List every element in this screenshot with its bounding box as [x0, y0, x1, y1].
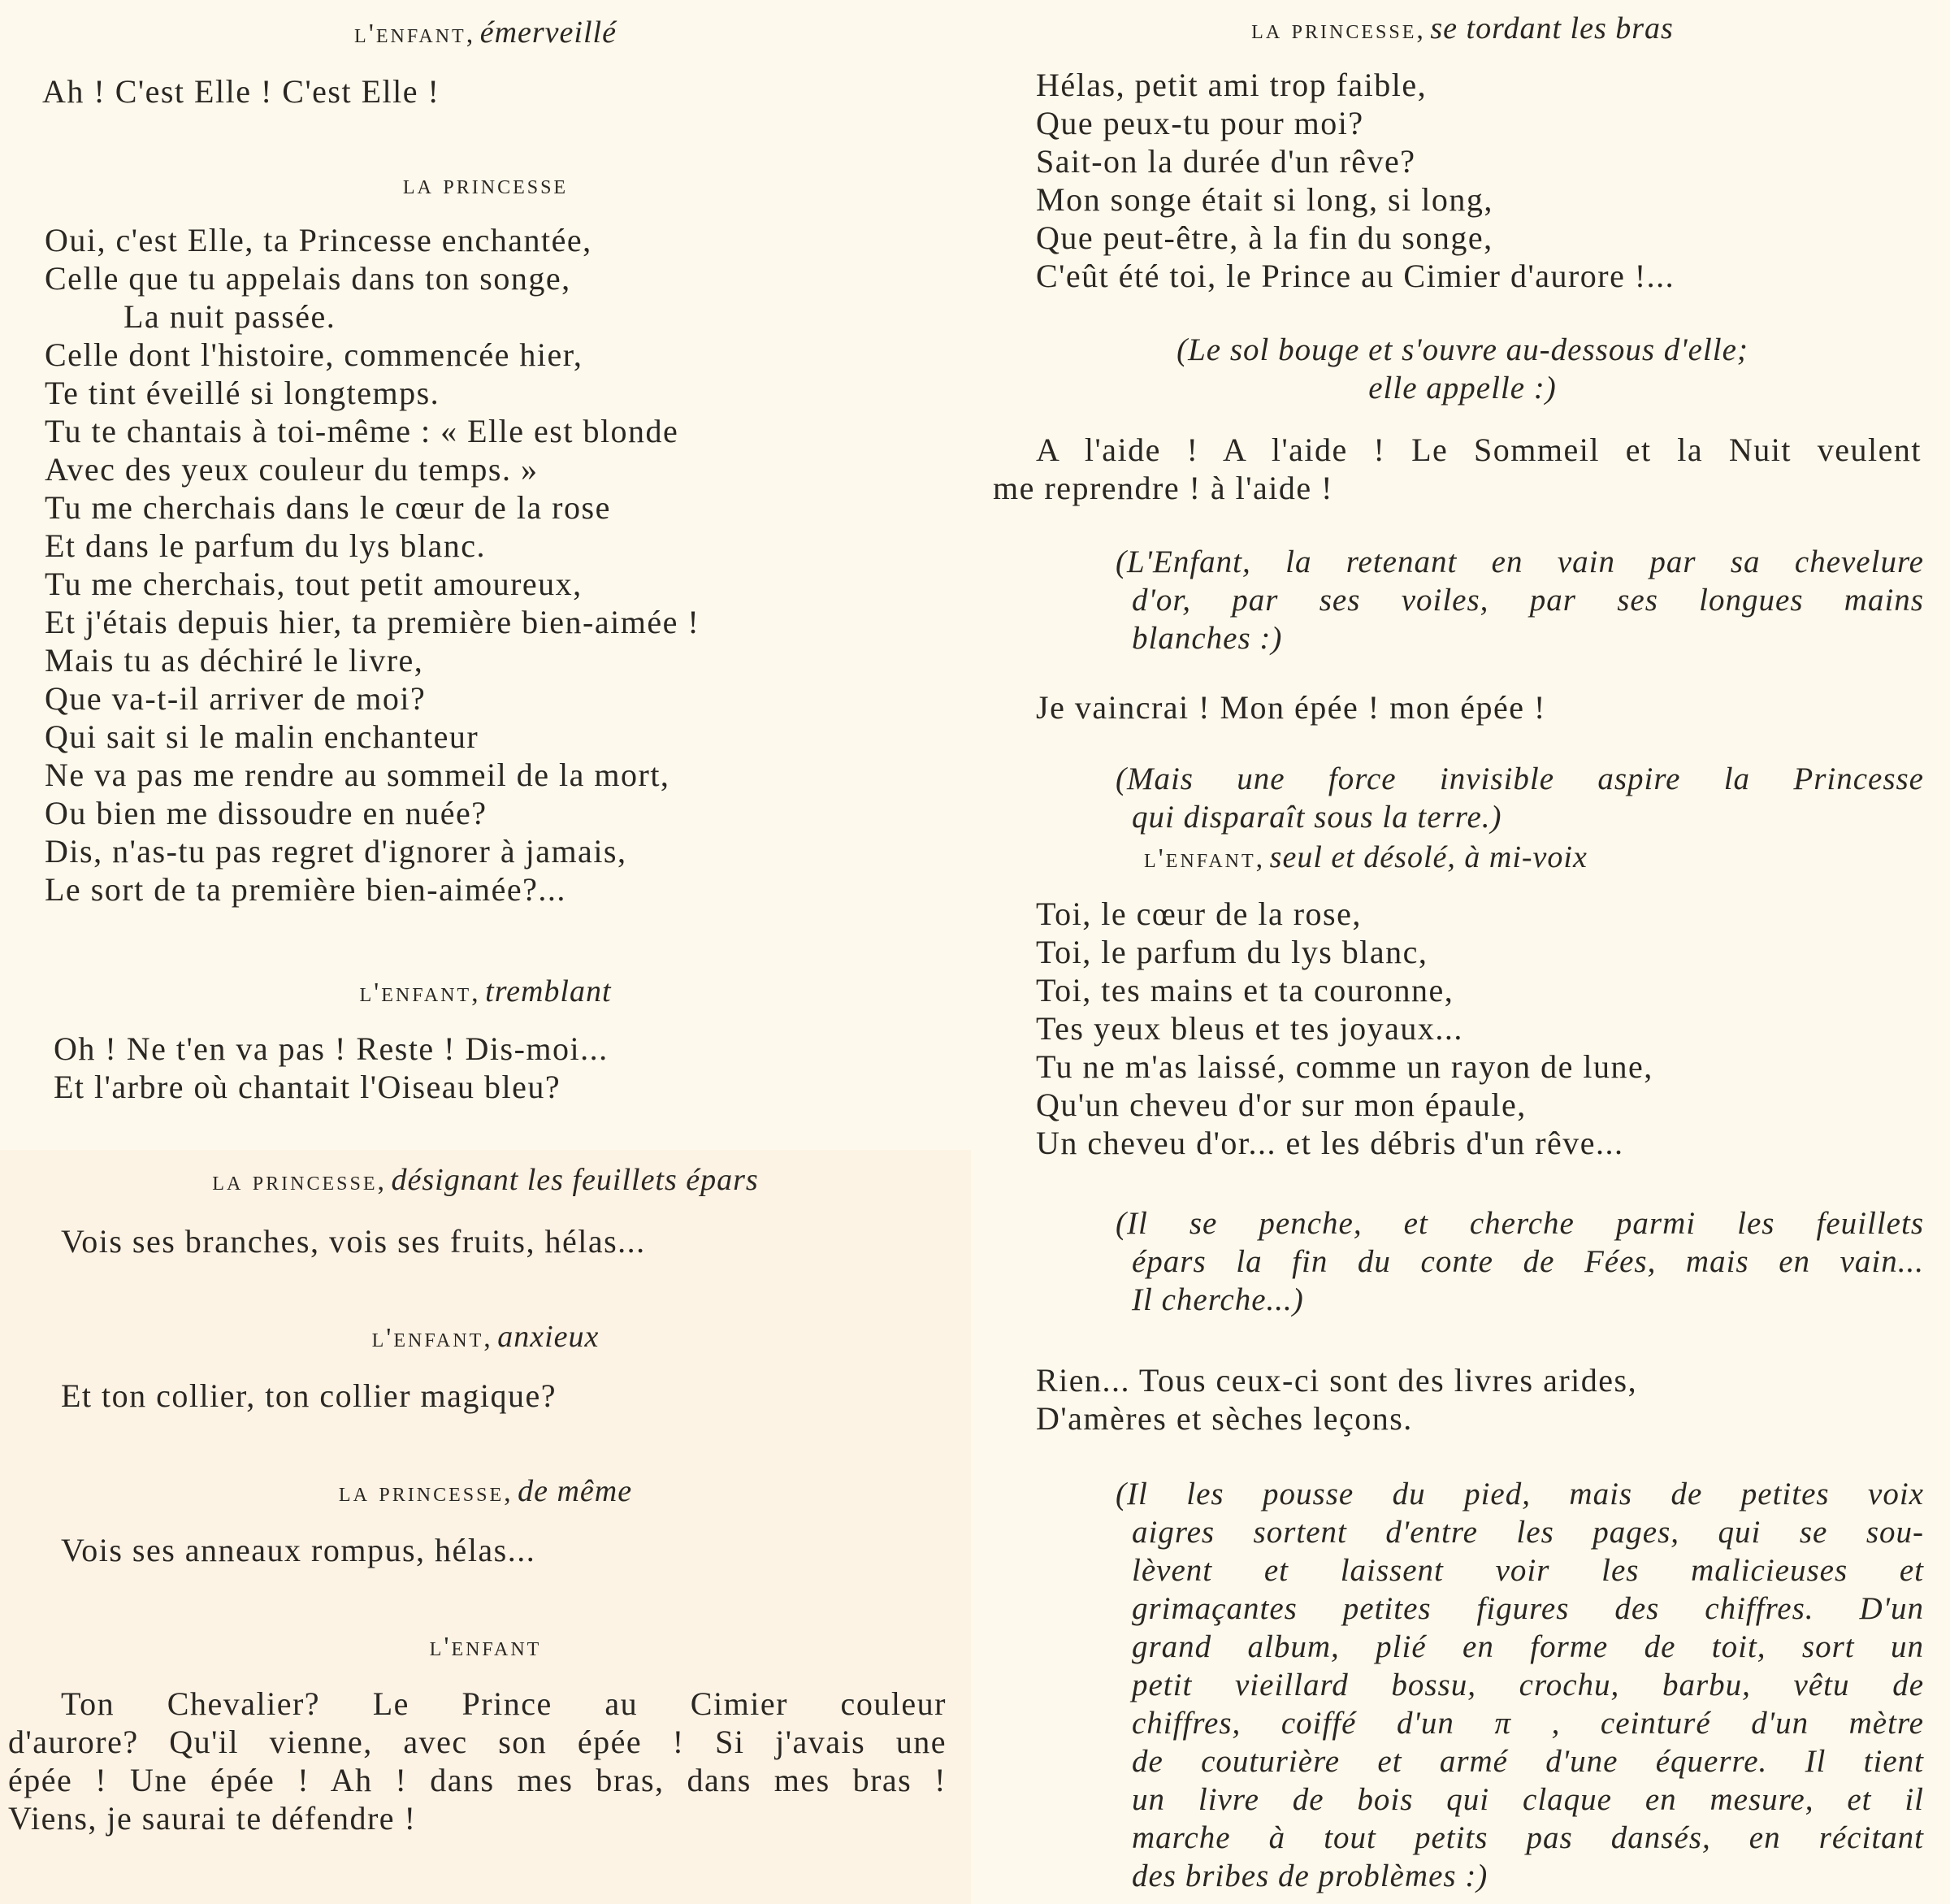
speaker-name: l'enfant — [354, 19, 466, 49]
dialogue-line: Je vaincrai ! Mon épée ! mon épée ! — [1036, 689, 1546, 726]
verse-line: Tes yeux bleus et tes joyaux... — [1036, 1010, 1463, 1047]
dialogue-line: Et ton collier, ton collier magique? — [61, 1377, 557, 1415]
stage-direction: seul et désolé, à mi-voix — [1270, 840, 1588, 874]
speaker-heading: la princesse, désignant les feuillets ép… — [0, 1164, 971, 1198]
speaker-heading: l'enfant, anxieux — [0, 1321, 971, 1355]
speaker-name: la princesse — [212, 1166, 377, 1196]
speaker-name: la princesse — [339, 1477, 504, 1507]
speaker-heading: l'enfant, seul et désolé, à mi-voix — [1144, 841, 1588, 875]
verse-line: Qu'un cheveu d'or sur mon épaule, — [1036, 1086, 1527, 1124]
speaker-heading: la princesse, se tordant les bras — [995, 12, 1930, 46]
stage-direction-line: petit vieillard bossu, crochu, barbu, vê… — [1116, 1666, 1924, 1704]
stage-direction-line: (Le sol bouge et s'ouvre au-dessous d'el… — [995, 331, 1930, 369]
comma: , — [1256, 844, 1270, 874]
verse-line: Celle dont l'histoire, commencée hier, — [45, 336, 583, 374]
stage-direction-line: (L'Enfant, la retenant en vain par sa ch… — [1116, 543, 1924, 581]
verse-line: Toi, le cœur de la rose, — [1036, 896, 1362, 933]
dialogue-line: Ah ! C'est Elle ! C'est Elle ! — [42, 73, 440, 111]
comma: , — [504, 1477, 518, 1507]
verse-line: Tu me cherchais, tout petit amoureux, — [45, 566, 583, 603]
verse-line: Ne va pas me rendre au sommeil de la mor… — [45, 757, 669, 794]
verse-line: Tu me cherchais dans le cœur de la rose — [45, 489, 611, 527]
stage-direction-line: des bribes de problèmes :) — [1116, 1857, 1924, 1895]
prose-line: Viens, je saurai te défendre ! — [8, 1799, 947, 1837]
speaker-name: l'enfant — [430, 1632, 542, 1662]
speaker-name: l'enfant — [372, 1323, 484, 1353]
stage-direction-line: Il cherche...) — [1116, 1281, 1924, 1319]
stage-direction: émerveillé — [480, 15, 617, 50]
comma: , — [466, 19, 480, 49]
verse-line: Que peux-tu pour moi? — [1036, 105, 1364, 142]
dialogue-line: Et l'arbre où chantait l'Oiseau bleu? — [54, 1069, 561, 1106]
stage-direction: tremblant — [485, 974, 611, 1008]
comma: , — [471, 978, 485, 1008]
stage-direction-line: qui disparaît sous la terre.) — [1116, 798, 1924, 836]
stage-direction-line: lèvent et laissent voir les malicieuses … — [1116, 1551, 1924, 1590]
verse-line: Qui sait si le malin enchanteur — [45, 718, 479, 756]
stage-direction: anxieux — [497, 1320, 599, 1354]
stage-direction-line: (Il les pousse du pied, mais de petites … — [1116, 1475, 1924, 1513]
verse-line: Mon songe était si long, si long, — [1036, 181, 1493, 219]
stage-direction: se tordant les bras — [1430, 11, 1673, 46]
stage-direction-line: aigres sortent d'entre les pages, qui se… — [1116, 1513, 1924, 1551]
verse-line: Un cheveu d'or... et les débris d'un rêv… — [1036, 1125, 1624, 1162]
prose-line: épée ! Une épée ! Ah ! dans mes bras, da… — [8, 1761, 947, 1799]
stage-direction-block: (L'Enfant, la retenant en vain par sa ch… — [1116, 543, 1924, 657]
speaker-heading: l'enfant, tremblant — [0, 975, 971, 1009]
verse-line: C'eût été toi, le Prince au Cimier d'aur… — [1036, 258, 1675, 295]
verse-line: Avec des yeux couleur du temps. » — [45, 451, 539, 488]
stage-direction-line: (Mais une force invisible aspire la Prin… — [1116, 760, 1924, 798]
verse-line: Sait-on la durée d'un rêve? — [1036, 143, 1416, 180]
prose-line: d'aurore? Qu'il vienne, avec son épée ! … — [8, 1723, 947, 1761]
speaker-name: la princesse — [403, 170, 568, 200]
comma: , — [377, 1166, 391, 1196]
dialogue-line: Oh ! Ne t'en va pas ! Reste ! Dis-moi... — [54, 1030, 609, 1068]
stage-direction-line: (Il se penche, et cherche parmi les feui… — [1116, 1204, 1924, 1243]
prose-paragraph: Ton Chevalier? Le Prince au Cimier coule… — [8, 1685, 947, 1837]
stage-direction-line: épars la fin du conte de Fées, mais en v… — [1116, 1243, 1924, 1281]
speaker-name: l'enfant — [359, 978, 471, 1008]
verse-line: Celle que tu appelais dans ton songe, — [45, 260, 571, 297]
prose-line: me reprendre ! à l'aide ! — [993, 469, 1922, 507]
stage-direction-line: un livre de bois qui claque en mesure, e… — [1116, 1780, 1924, 1819]
verse-line: Oui, c'est Elle, ta Princesse enchantée, — [45, 222, 592, 259]
prose-line: Ton Chevalier? Le Prince au Cimier coule… — [8, 1685, 947, 1723]
stage-direction: de même — [518, 1474, 632, 1508]
prose-paragraph: Rien... Tous ceux-ci sont des livres ari… — [1036, 1361, 1848, 1438]
stage-direction-line: grand album, plié en forme de toit, sort… — [1116, 1628, 1924, 1666]
stage-direction-line: elle appelle :) — [995, 369, 1930, 407]
verse-line: Que va-t-il arriver de moi? — [45, 680, 426, 718]
prose-line: Rien... Tous ceux-ci sont des livres ari… — [1036, 1361, 1848, 1399]
verse-line: Mais tu as déchiré le livre, — [45, 642, 423, 679]
stage-direction-line: blanches :) — [1116, 619, 1924, 657]
stage-direction-line: grimaçantes petites figures des chiffres… — [1116, 1590, 1924, 1628]
verse-line: Te tint éveillé si longtemps. — [45, 375, 440, 412]
verse-line: Toi, tes mains et ta couronne, — [1036, 972, 1454, 1009]
verse-line: Hélas, petit ami trop faible, — [1036, 67, 1427, 104]
verse-line: Le sort de ta première bien-aimée?... — [45, 871, 566, 909]
prose-line: A l'aide ! A l'aide ! Le Sommeil et la N… — [993, 431, 1922, 469]
cut-off-line-fragment — [504, 1893, 707, 1904]
verse-line: Ou bien me dissoudre en nuée? — [45, 795, 487, 832]
stage-direction-line: de couturière et armé d'une équerre. Il … — [1116, 1742, 1924, 1780]
speaker-heading: la princesse — [0, 169, 971, 202]
verse-line: Tu ne m'as laissé, comme un rayon de lun… — [1036, 1048, 1653, 1086]
comma: , — [1416, 15, 1430, 45]
speaker-name: l'enfant — [1144, 844, 1256, 874]
stage-direction-block: (Mais une force invisible aspire la Prin… — [1116, 760, 1924, 836]
verse-line: Tu te chantais à toi-même : « Elle est b… — [45, 413, 678, 450]
dialogue-line: Vois ses branches, vois ses fruits, héla… — [61, 1223, 646, 1260]
speaker-name: la princesse — [1251, 15, 1416, 45]
comma: , — [483, 1323, 497, 1353]
stage-direction: désignant les feuillets épars — [391, 1163, 758, 1197]
prose-paragraph: A l'aide ! A l'aide ! Le Sommeil et la N… — [993, 431, 1922, 507]
stage-direction-line: marche à tout petits pas dansés, en réci… — [1116, 1819, 1924, 1857]
dialogue-line: Vois ses anneaux rompus, hélas... — [61, 1532, 535, 1569]
verse-line: Et dans le parfum du lys blanc. — [45, 527, 486, 565]
stage-direction-block: (Le sol bouge et s'ouvre au-dessous d'el… — [995, 331, 1930, 407]
stage-direction-block: (Il se penche, et cherche parmi les feui… — [1116, 1204, 1924, 1319]
verse-line: Et j'étais depuis hier, ta première bien… — [45, 604, 700, 641]
speaker-heading: l'enfant, émerveillé — [0, 16, 971, 50]
prose-line: D'amères et sèches leçons. — [1036, 1399, 1848, 1438]
speaker-heading: la princesse, de même — [0, 1475, 971, 1509]
stage-direction-block: (Il les pousse du pied, mais de petites … — [1116, 1475, 1924, 1895]
verse-line: La nuit passée. — [123, 298, 336, 336]
verse-line: Toi, le parfum du lys blanc, — [1036, 934, 1428, 971]
speaker-heading: l'enfant — [0, 1631, 971, 1663]
verse-line: Dis, n'as-tu pas regret d'ignorer à jama… — [45, 833, 627, 870]
stage-direction-line: d'or, par ses voiles, par ses longues ma… — [1116, 581, 1924, 619]
verse-line: Que peut-être, à la fin du songe, — [1036, 219, 1493, 257]
stage-direction-line: chiffres, coiffé d'un π , ceinturé d'un … — [1116, 1704, 1924, 1742]
